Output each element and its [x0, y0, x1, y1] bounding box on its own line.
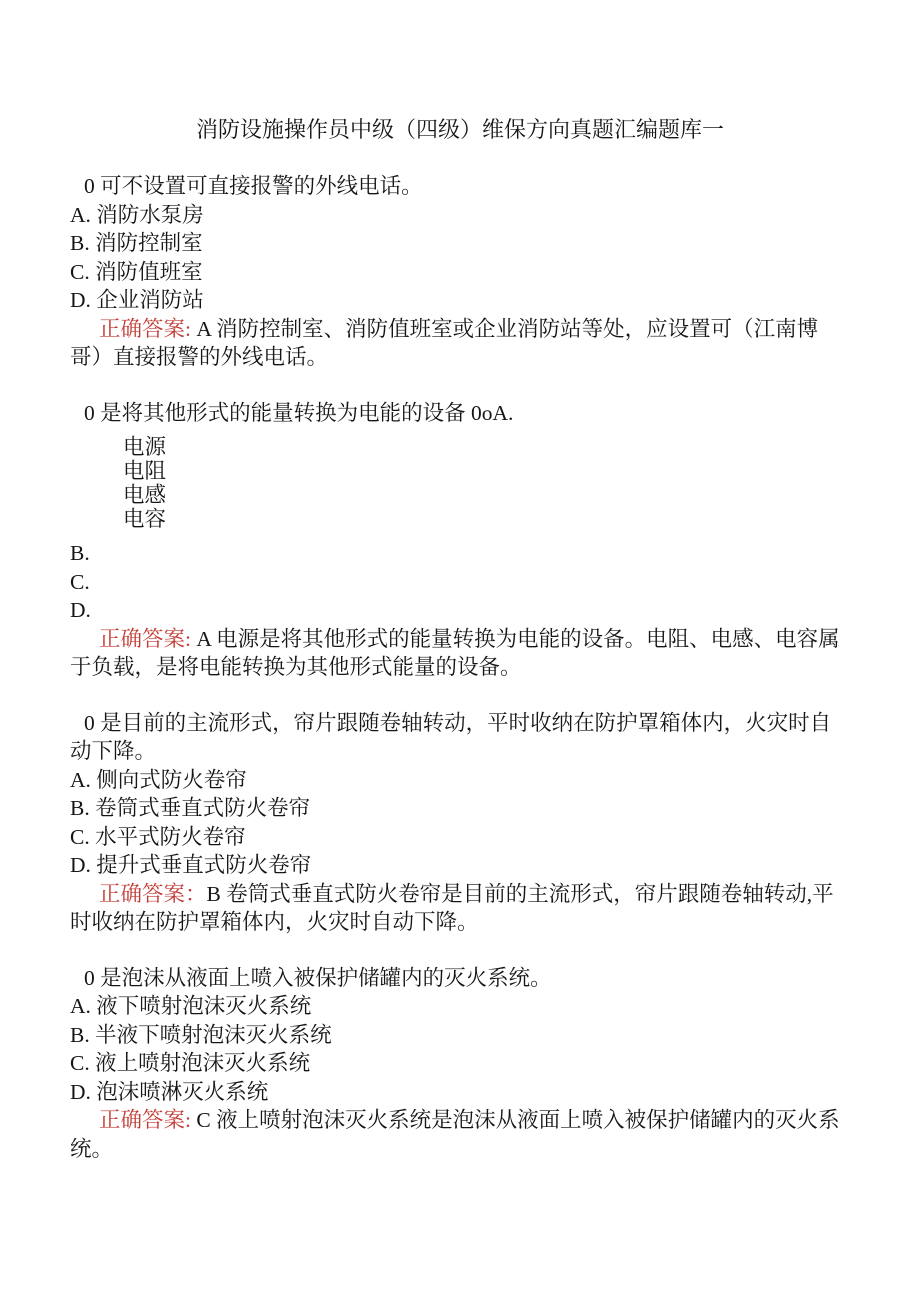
sub-option-list: 电源 电阻 电感 电容 [123, 435, 850, 531]
option-item-a: A. 液下喷射泡沫灭火系统 [70, 992, 850, 1021]
question-block-4: 0 是泡沫从液面上喷入被保护储罐内的灭火系统。 A. 液下喷射泡沫灭火系统 B.… [70, 964, 850, 1164]
answer-label: 正确答案： [99, 882, 207, 906]
option-item-c: C. [70, 568, 850, 597]
sub-option-item: 电容 [123, 507, 850, 531]
answer-paragraph: 正确答案：B 卷筒式垂直式防火卷帘是目前的主流形式，帘片跟随卷轴转动,平时收纳在… [70, 880, 850, 937]
answer-label: 正确答案: [99, 317, 191, 341]
option-item-c: C. 水平式防火卷帘 [70, 823, 850, 852]
option-item-a: A. 消防水泵房 [70, 201, 850, 230]
option-item-c: C. 液上喷射泡沫灭火系统 [70, 1049, 850, 1078]
sub-option-item: 电感 [123, 483, 850, 507]
answer-paragraph: 正确答案: C 液上喷射泡沫灭火系统是泡沫从液面上喷入被保护储罐内的灭火系统。 [70, 1106, 850, 1163]
option-item-b: B. 半液下喷射泡沫灭火系统 [70, 1021, 850, 1050]
question-block-1: 0 可不设置可直接报警的外线电话。 A. 消防水泵房 B. 消防控制室 C. 消… [70, 172, 850, 372]
sub-option-item: 电源 [123, 435, 850, 459]
option-item-b: B. 卷筒式垂直式防火卷帘 [70, 794, 850, 823]
question-stem: 0 是将其他形式的能量转换为电能的设备 0oA. [70, 399, 850, 428]
question-stem: 0 可不设置可直接报警的外线电话。 [70, 172, 850, 201]
question-block-3: 0 是目前的主流形式，帘片跟随卷轴转动，平时收纳在防护罩箱体内，火灾时自动下降。… [70, 709, 850, 937]
option-item-d: D. [70, 596, 850, 625]
option-item-b: B. 消防控制室 [70, 229, 850, 258]
answer-paragraph: 正确答案: A 消防控制室、消防值班室或企业消防站等处，应设置可（江南博哥）直接… [70, 315, 850, 372]
question-stem: 0 是目前的主流形式，帘片跟随卷轴转动，平时收纳在防护罩箱体内，火灾时自动下降。 [70, 709, 850, 766]
option-item-c: C. 消防值班室 [70, 258, 850, 287]
sub-option-item: 电阻 [123, 459, 850, 483]
option-item-d: D. 企业消防站 [70, 286, 850, 315]
option-item-d: D. 提升式垂直式防火卷帘 [70, 851, 850, 880]
document-page: 消防设施操作员中级（四级）维保方向真题汇编题库一 0 可不设置可直接报警的外线电… [0, 0, 920, 1301]
answer-label: 正确答案: [99, 627, 191, 651]
document-title: 消防设施操作员中级（四级）维保方向真题汇编题库一 [70, 115, 850, 145]
question-stem: 0 是泡沫从液面上喷入被保护储罐内的灭火系统。 [70, 964, 850, 993]
option-item-d: D. 泡沫喷淋灭火系统 [70, 1078, 850, 1107]
answer-label: 正确答案: [99, 1108, 191, 1132]
question-block-2: 0 是将其他形式的能量转换为电能的设备 0oA. 电源 电阻 电感 电容 B. … [70, 399, 850, 682]
option-item-b: B. [70, 539, 850, 568]
option-item-a: A. 侧向式防火卷帘 [70, 766, 850, 795]
answer-paragraph: 正确答案: A 电源是将其他形式的能量转换为电能的设备。电阻、电感、电容属于负载… [70, 625, 850, 682]
